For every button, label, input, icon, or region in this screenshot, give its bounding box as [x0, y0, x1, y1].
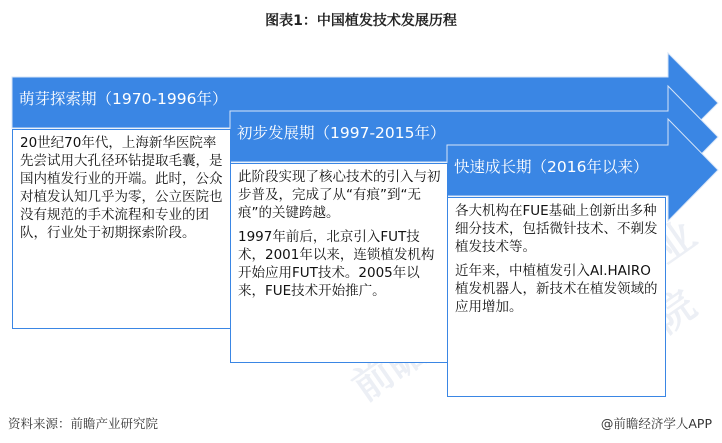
- stage-description-2: 此阶段实现了核心技术的引入与初步普及，完成了从“有痕”到“无痕”的关键跨越。 1…: [230, 163, 448, 363]
- stage-label-2: 初步发展期（1997-2015年）: [237, 121, 446, 143]
- credit-note: @前瞻经济学人APP: [601, 414, 712, 432]
- stage-1-paragraph-1: 20世纪70年代，上海新华医院率先尝试用大孔径环钻提取毛囊，是国内植发行业的开端…: [20, 134, 224, 242]
- stage-description-1: 20世纪70年代，上海新华医院率先尝试用大孔径环钻提取毛囊，是国内植发行业的开端…: [12, 129, 231, 329]
- stage-label-3: 快速成长期（2016年以来）: [454, 155, 648, 177]
- stage-3-paragraph-1: 各大机构在FUE基础上创新出多种细分技术，包括微针技术、不剃发植发技术等。: [455, 202, 659, 256]
- stage-description-3: 各大机构在FUE基础上创新出多种细分技术，包括微针技术、不剃发植发技术等。 近年…: [447, 197, 666, 397]
- source-note: 资料来源：前瞻产业研究院: [8, 414, 158, 432]
- stage-2-paragraph-1: 此阶段实现了核心技术的引入与初步普及，完成了从“有痕”到“无痕”的关键跨越。: [238, 168, 441, 222]
- stage-3-paragraph-2: 近年来，中植植发引入AI.HAIRO植发机器人，新技术在植发领域的应用增加。: [455, 262, 659, 316]
- stage-2-paragraph-2: 1997年前后，北京引入FUT技术，2001年以来，连锁植发机构开始应用FUT技…: [238, 228, 441, 300]
- stage-label-1: 萌芽探索期（1970-1996年）: [19, 87, 228, 109]
